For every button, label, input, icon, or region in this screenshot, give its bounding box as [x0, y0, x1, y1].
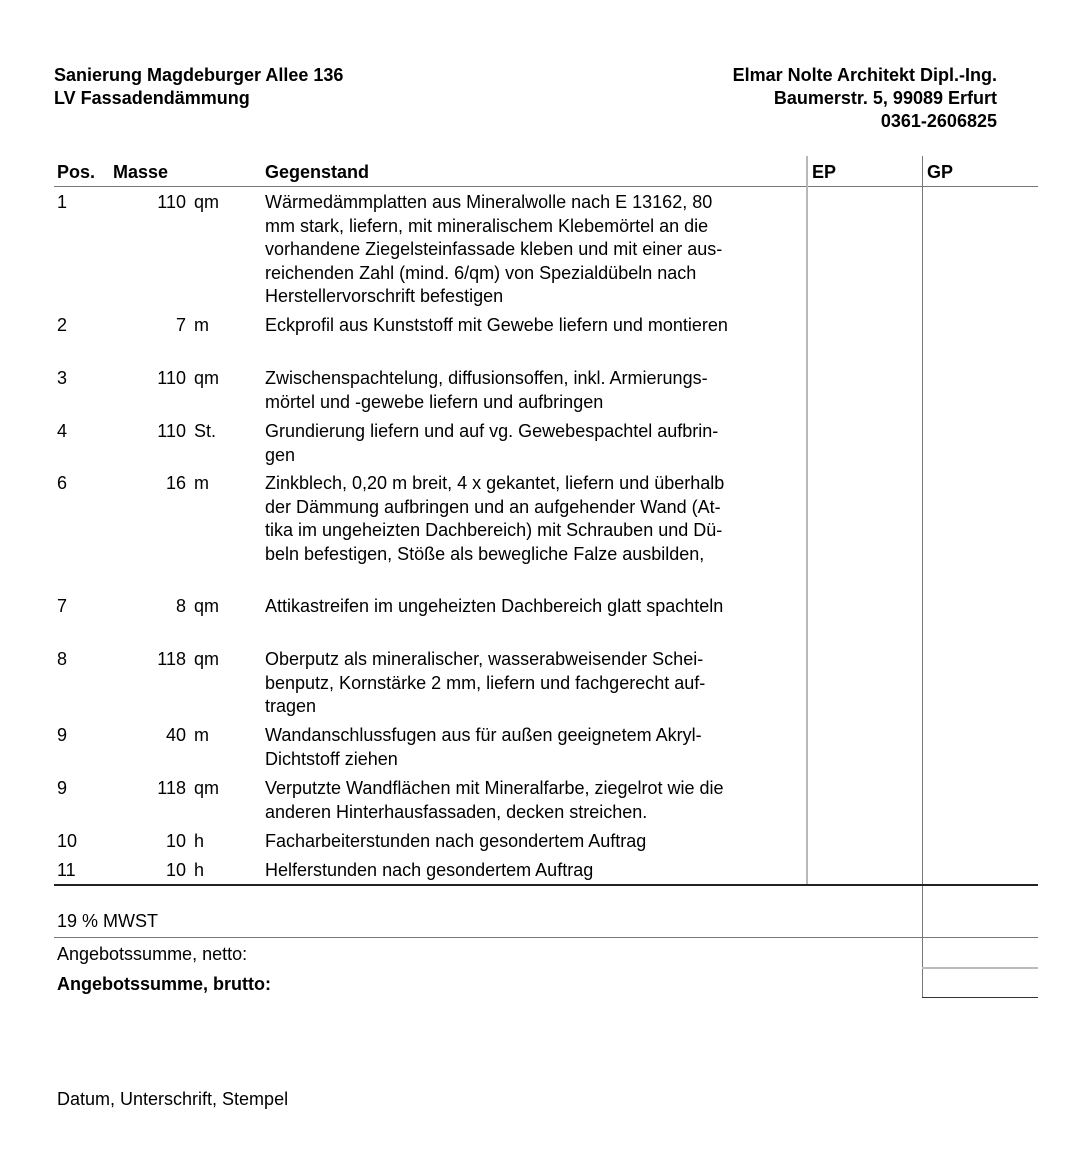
row-quantity: 16m [112, 472, 222, 496]
row-quantity-unit: St. [194, 420, 216, 444]
row-description: Zwischenspachtelung, diffusionsoffen, in… [265, 367, 805, 414]
column-header-desc: Gegenstand [265, 160, 369, 184]
row-quantity-unit: m [194, 724, 209, 748]
row-quantity-value: 40 [112, 724, 186, 748]
gross-value-divider [922, 997, 1038, 998]
ep-column-divider [806, 156, 808, 886]
row-quantity-value: 110 [112, 191, 186, 215]
vat-divider [54, 937, 1038, 938]
row-quantity-unit: h [194, 830, 204, 854]
signature-label: Datum, Unterschrift, Stempel [57, 1087, 288, 1111]
row-quantity-unit: h [194, 859, 204, 883]
row-description: Attikastreifen im ungeheizten Dachbereic… [265, 595, 805, 619]
row-quantity: 10h [112, 830, 222, 854]
row-quantity: 40m [112, 724, 222, 748]
row-quantity-value: 16 [112, 472, 186, 496]
row-quantity-value: 110 [112, 367, 186, 391]
gp-column-divider [922, 156, 923, 998]
column-header-pos: Pos. [57, 160, 95, 184]
document-title: LV Fassadendämmung [54, 87, 343, 110]
row-description: Zinkblech, 0,20 m breit, 4 x gekantet, l… [265, 472, 805, 566]
row-quantity-value: 118 [112, 648, 186, 672]
row-quantity: 118qm [112, 777, 222, 801]
row-quantity: 110qm [112, 191, 222, 215]
net-total-label: Angebotssumme, netto: [57, 942, 247, 966]
row-description: Wärmedämmplatten aus Mineralwolle nach E… [265, 191, 805, 309]
row-quantity-value: 10 [112, 859, 186, 883]
column-header-ep: EP [812, 160, 836, 184]
row-quantity-value: 110 [112, 420, 186, 444]
row-quantity: 10h [112, 859, 222, 883]
row-quantity-unit: m [194, 472, 209, 496]
row-position: 1 [57, 191, 67, 215]
row-position: 3 [57, 367, 67, 391]
column-header-gp: GP [927, 160, 953, 184]
row-quantity: 8qm [112, 595, 222, 619]
row-quantity: 118qm [112, 648, 222, 672]
vat-label: 19 % MWST [57, 909, 158, 933]
architect-address: Baumerstr. 5, 99089 Erfurt [733, 87, 997, 110]
row-quantity-unit: m [194, 314, 209, 338]
row-quantity-value: 118 [112, 777, 186, 801]
gross-total-label: Angebotssumme, brutto: [57, 972, 271, 996]
row-description: Facharbeiterstunden nach gesondertem Auf… [265, 830, 805, 854]
row-description: Grundierung liefern und auf vg. Gewebesp… [265, 420, 805, 467]
column-header-qty: Masse [113, 160, 168, 184]
row-quantity: 110qm [112, 367, 222, 391]
row-quantity-unit: qm [194, 367, 219, 391]
architect-phone: 0361-2606825 [733, 110, 997, 133]
row-quantity-value: 7 [112, 314, 186, 338]
row-position: 9 [57, 777, 67, 801]
header-divider [54, 186, 1038, 187]
row-quantity-value: 8 [112, 595, 186, 619]
row-quantity-unit: qm [194, 777, 219, 801]
row-quantity-unit: qm [194, 648, 219, 672]
row-quantity-value: 10 [112, 830, 186, 854]
row-description: Wandanschlussfugen aus für außen geeigne… [265, 724, 805, 771]
architect-header: Elmar Nolte Architekt Dipl.-Ing. Baumers… [733, 64, 997, 133]
project-title: Sanierung Magdeburger Allee 136 [54, 64, 343, 87]
row-position: 11 [57, 859, 76, 883]
row-position: 7 [57, 595, 67, 619]
row-position: 2 [57, 314, 67, 338]
architect-name: Elmar Nolte Architekt Dipl.-Ing. [733, 64, 997, 87]
row-description: Eckprofil aus Kunststoff mit Gewebe lief… [265, 314, 805, 338]
row-quantity: 7m [112, 314, 222, 338]
project-header: Sanierung Magdeburger Allee 136 LV Fassa… [54, 64, 343, 110]
row-position: 4 [57, 420, 67, 444]
row-quantity-unit: qm [194, 595, 219, 619]
row-quantity: 110St. [112, 420, 222, 444]
row-quantity-unit: qm [194, 191, 219, 215]
row-description: Verputzte Wandflächen mit Mineralfarbe, … [265, 777, 805, 824]
row-position: 10 [57, 830, 77, 854]
net-value-divider [922, 967, 1038, 969]
table-bottom-divider [54, 884, 1038, 886]
row-description: Helferstunden nach gesondertem Auftrag [265, 859, 805, 883]
row-position: 8 [57, 648, 67, 672]
row-description: Oberputz als mineralischer, wasserabweis… [265, 648, 805, 719]
row-position: 6 [57, 472, 67, 496]
row-position: 9 [57, 724, 67, 748]
